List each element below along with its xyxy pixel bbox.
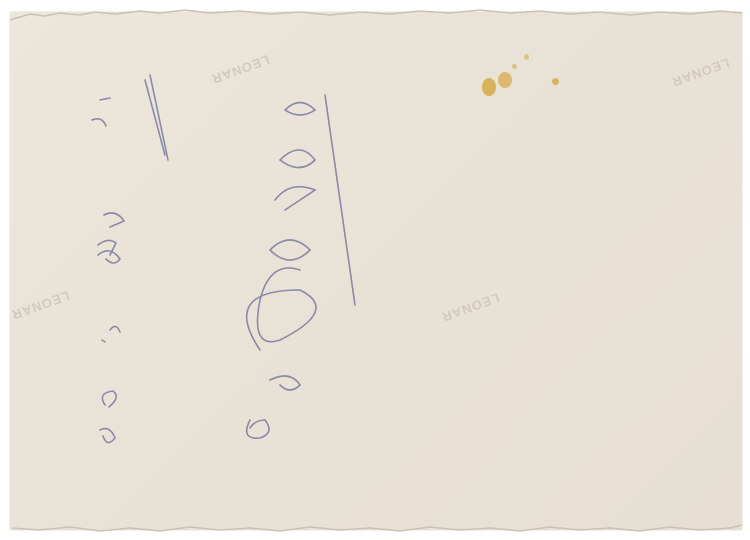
handwriting-signature	[247, 95, 355, 438]
stain	[498, 72, 512, 88]
stain	[482, 78, 496, 96]
stain	[512, 64, 517, 69]
handwriting-date	[92, 75, 168, 443]
handwriting	[0, 0, 750, 540]
stain	[552, 78, 559, 85]
stain	[524, 54, 529, 60]
